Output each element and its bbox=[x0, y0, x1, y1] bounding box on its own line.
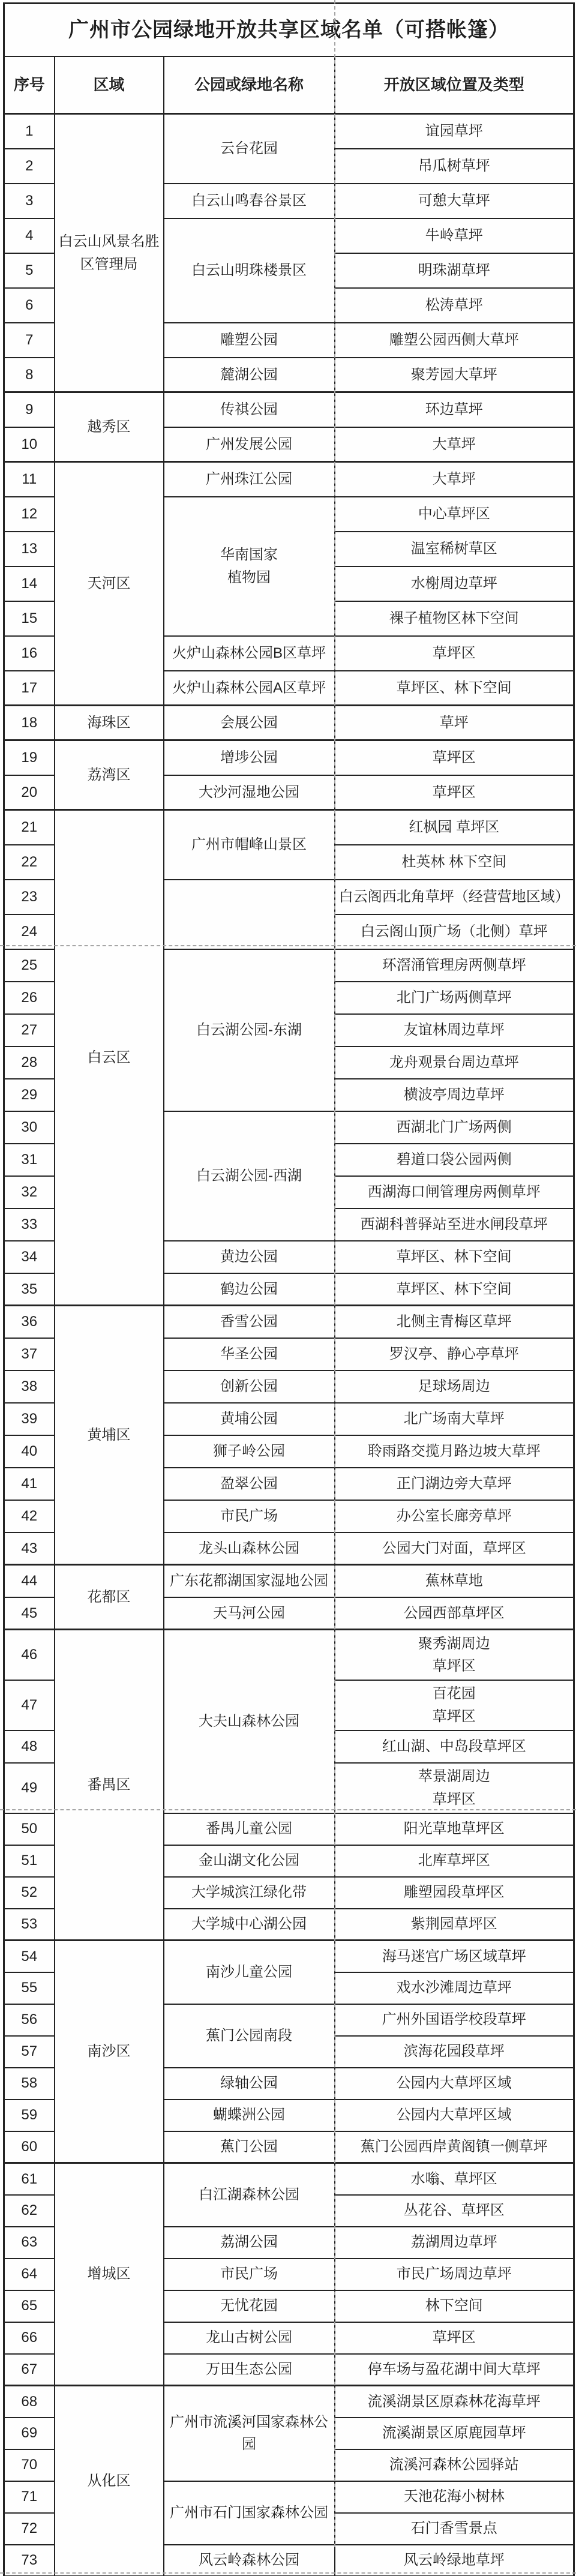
row-number-cell: 13 bbox=[4, 532, 55, 566]
location-cell: 碧道口袋公园两侧 bbox=[335, 1144, 574, 1176]
park-cell: 麓湖公园 bbox=[164, 358, 335, 392]
location-cell: 流溪湖景区原鹿园草坪 bbox=[335, 2418, 574, 2449]
location-cell: 聆雨路交揽月路边坡大草坪 bbox=[335, 1435, 574, 1468]
park-cell: 天马河公园 bbox=[164, 1597, 335, 1630]
row-number-cell: 40 bbox=[4, 1435, 55, 1468]
page-break-line-3 bbox=[0, 2572, 576, 2574]
location-cell: 蕉林草地 bbox=[335, 1565, 574, 1597]
location-cell: 百花园 草坪区 bbox=[335, 1680, 574, 1731]
location-cell: 阳光草地草坪区 bbox=[335, 1813, 574, 1845]
district-cell: 海珠区 bbox=[55, 706, 164, 740]
row-number-cell: 11 bbox=[4, 462, 55, 497]
table-row: 54南沙区南沙儿童公园海马迷宫广场区域草坪 bbox=[4, 1941, 574, 1972]
row-number-cell: 37 bbox=[4, 1338, 55, 1371]
row-number-cell: 43 bbox=[4, 1533, 55, 1565]
park-cell: 市民广场 bbox=[164, 2259, 335, 2290]
row-number-cell: 3 bbox=[4, 184, 55, 218]
column-header-index: 序号 bbox=[4, 56, 55, 114]
location-cell: 草坪区 bbox=[335, 2322, 574, 2354]
location-cell: 白云阁西北角草坪（经营营地区域） bbox=[335, 880, 574, 914]
row-number-cell: 7 bbox=[4, 323, 55, 358]
row-number-cell: 73 bbox=[4, 2545, 55, 2576]
park-cell: 香雪公园 bbox=[164, 1306, 335, 1338]
location-cell: 广州外国语学校段草坪 bbox=[335, 2004, 574, 2036]
park-cell: 广州市石门国家森林公园 bbox=[164, 2481, 335, 2545]
row-number-cell: 4 bbox=[4, 218, 55, 253]
table-row: 44花都区广东花都湖国家湿地公园蕉林草地 bbox=[4, 1565, 574, 1597]
park-cell: 无忧花园 bbox=[164, 2290, 335, 2322]
park-cell: 广州市帽峰山景区 bbox=[164, 810, 335, 880]
district-cell: 荔湾区 bbox=[55, 740, 164, 810]
row-number-cell: 24 bbox=[4, 914, 55, 949]
location-cell: 聚秀湖周边 草坪区 bbox=[335, 1630, 574, 1680]
row-number-cell: 21 bbox=[4, 810, 55, 845]
park-cell: 广州珠江公园 bbox=[164, 462, 335, 497]
district-cell: 番禺区 bbox=[55, 1630, 164, 1941]
location-cell: 草坪 bbox=[335, 706, 574, 740]
page-break-line-1 bbox=[0, 945, 576, 946]
page-break-vertical-line bbox=[334, 0, 335, 2547]
park-cell: 蕉门公园南段 bbox=[164, 2004, 335, 2068]
park-cell: 龙山古树公园 bbox=[164, 2322, 335, 2354]
district-cell: 天河区 bbox=[55, 462, 164, 706]
park-cell: 华南国家 植物园 bbox=[164, 497, 335, 636]
row-number-cell: 47 bbox=[4, 1680, 55, 1731]
park-cell: 绿轴公园 bbox=[164, 2068, 335, 2100]
table-row: 36黄埔区香雪公园北侧主青梅区草坪 bbox=[4, 1306, 574, 1338]
park-cell: 万田生态公园 bbox=[164, 2354, 335, 2386]
row-number-cell: 59 bbox=[4, 2100, 55, 2131]
table-body: 1白云山风景名胜区管理局云台花园谊园草坪2吊瓜树草坪3白云山鸣春谷景区可憩大草坪… bbox=[4, 114, 574, 2576]
district-cell: 花都区 bbox=[55, 1565, 164, 1630]
row-number-cell: 34 bbox=[4, 1241, 55, 1273]
park-cell: 狮子岭公园 bbox=[164, 1435, 335, 1468]
park-cell: 大学城滨江绿化带 bbox=[164, 1877, 335, 1909]
park-cell: 广州发展公园 bbox=[164, 427, 335, 462]
park-cell: 番禺儿童公园 bbox=[164, 1813, 335, 1845]
location-cell: 紫荆园草坪区 bbox=[335, 1909, 574, 1941]
park-cell: 黄埔公园 bbox=[164, 1403, 335, 1435]
row-number-cell: 72 bbox=[4, 2513, 55, 2545]
location-cell: 杜英林 林下空间 bbox=[335, 845, 574, 880]
location-cell: 足球场周边 bbox=[335, 1371, 574, 1403]
location-cell: 水榭周边草坪 bbox=[335, 566, 574, 601]
location-cell: 雕塑园段草坪区 bbox=[335, 1877, 574, 1909]
district-cell: 从化区 bbox=[55, 2386, 164, 2576]
location-cell: 蕉门公园西岸黄阁镇一侧草坪 bbox=[335, 2131, 574, 2163]
row-number-cell: 38 bbox=[4, 1371, 55, 1403]
location-cell: 草坪区、林下空间 bbox=[335, 671, 574, 706]
row-number-cell: 53 bbox=[4, 1909, 55, 1941]
location-cell: 流溪河森林公园驿站 bbox=[335, 2449, 574, 2481]
row-number-cell: 66 bbox=[4, 2322, 55, 2354]
table-row: 9越秀区传祺公园环边草坪 bbox=[4, 392, 574, 427]
park-cell: 会展公园 bbox=[164, 706, 335, 740]
location-cell: 滨海花园段草坪 bbox=[335, 2036, 574, 2068]
location-cell: 办公室长廊旁草坪 bbox=[335, 1500, 574, 1533]
location-cell: 北库草坪区 bbox=[335, 1845, 574, 1877]
location-cell: 戏水沙滩周边草坪 bbox=[335, 1972, 574, 2004]
location-cell: 吊瓜树草坪 bbox=[335, 149, 574, 184]
park-cell: 火炉山森林公园B区草坪 bbox=[164, 636, 335, 671]
row-number-cell: 1 bbox=[4, 114, 55, 149]
district-cell: 南沙区 bbox=[55, 1941, 164, 2163]
table-row: 11天河区广州珠江公园大草坪 bbox=[4, 462, 574, 497]
location-cell: 谊园草坪 bbox=[335, 114, 574, 149]
location-cell: 丛花谷、草坪区 bbox=[335, 2195, 574, 2227]
location-cell: 北门广场两侧草坪 bbox=[335, 982, 574, 1014]
location-cell: 横波亭周边草坪 bbox=[335, 1079, 574, 1111]
park-cell: 白云山明珠楼景区 bbox=[164, 218, 335, 323]
row-number-cell: 5 bbox=[4, 253, 55, 288]
row-number-cell: 35 bbox=[4, 1273, 55, 1306]
park-cell: 白云山鸣春谷景区 bbox=[164, 184, 335, 218]
location-cell: 罗汉亭、静心亭草坪 bbox=[335, 1338, 574, 1371]
park-cell: 白江湖森林公园 bbox=[164, 2163, 335, 2227]
location-cell: 草坪区 bbox=[335, 740, 574, 775]
district-cell: 增城区 bbox=[55, 2163, 164, 2386]
location-cell: 雕塑公园西侧大草坪 bbox=[335, 323, 574, 358]
location-cell: 红山湖、中岛段草坪区 bbox=[335, 1731, 574, 1763]
location-cell: 龙舟观景台周边草坪 bbox=[335, 1046, 574, 1079]
location-cell: 环边草坪 bbox=[335, 392, 574, 427]
location-cell: 明珠湖草坪 bbox=[335, 253, 574, 288]
column-header-district: 区域 bbox=[55, 56, 164, 114]
location-cell: 西湖北门广场两侧 bbox=[335, 1111, 574, 1144]
location-cell: 牛岭草坪 bbox=[335, 218, 574, 253]
location-cell: 大草坪 bbox=[335, 462, 574, 497]
park-cell: 广东花都湖国家湿地公园 bbox=[164, 1565, 335, 1597]
park-cell: 龙头山森林公园 bbox=[164, 1533, 335, 1565]
row-number-cell: 39 bbox=[4, 1403, 55, 1435]
park-cell: 火炉山森林公园A区草坪 bbox=[164, 671, 335, 706]
column-header-location: 开放区域位置及类型 bbox=[335, 56, 574, 114]
park-cell: 大沙河湿地公园 bbox=[164, 775, 335, 810]
location-cell: 环滘涌管理房两侧草坪 bbox=[335, 949, 574, 982]
row-number-cell: 50 bbox=[4, 1813, 55, 1845]
title-row: 广州市公园绿地开放共享区域名单（可搭帐篷） bbox=[4, 4, 574, 57]
park-cell: 传祺公园 bbox=[164, 392, 335, 427]
location-cell: 松涛草坪 bbox=[335, 288, 574, 323]
row-number-cell: 10 bbox=[4, 427, 55, 462]
location-cell: 可憩大草坪 bbox=[335, 184, 574, 218]
row-number-cell: 22 bbox=[4, 845, 55, 880]
location-cell: 海马迷宫广场区域草坪 bbox=[335, 1941, 574, 1972]
park-cell: 黄边公园 bbox=[164, 1241, 335, 1273]
park-cell: 鹤边公园 bbox=[164, 1273, 335, 1306]
row-number-cell: 42 bbox=[4, 1500, 55, 1533]
row-number-cell: 6 bbox=[4, 288, 55, 323]
park-cell: 白云湖公园-西湖 bbox=[164, 1111, 335, 1241]
row-number-cell: 26 bbox=[4, 982, 55, 1014]
row-number-cell: 64 bbox=[4, 2259, 55, 2290]
row-number-cell: 2 bbox=[4, 149, 55, 184]
row-number-cell: 61 bbox=[4, 2163, 55, 2195]
park-cell: 广州市流溪河国家森林公园 bbox=[164, 2386, 335, 2481]
row-number-cell: 25 bbox=[4, 949, 55, 982]
row-number-cell: 23 bbox=[4, 880, 55, 914]
parks-table: 广州市公园绿地开放共享区域名单（可搭帐篷） 序号 区域 公园或绿地名称 开放区域… bbox=[3, 2, 575, 2576]
location-cell: 大草坪 bbox=[335, 427, 574, 462]
row-number-cell: 16 bbox=[4, 636, 55, 671]
row-number-cell: 65 bbox=[4, 2290, 55, 2322]
park-cell: 荔湖公园 bbox=[164, 2227, 335, 2259]
location-cell: 公园大门对面，草坪区 bbox=[335, 1533, 574, 1565]
row-number-cell: 45 bbox=[4, 1597, 55, 1630]
location-cell: 草坪区 bbox=[335, 775, 574, 810]
row-number-cell: 54 bbox=[4, 1941, 55, 1972]
table-row: 18海珠区会展公园草坪 bbox=[4, 706, 574, 740]
district-cell: 白云区 bbox=[55, 810, 164, 1306]
location-cell: 草坪区、林下空间 bbox=[335, 1241, 574, 1273]
location-cell: 流溪湖景区原森林花海草坪 bbox=[335, 2386, 574, 2418]
row-number-cell: 30 bbox=[4, 1111, 55, 1144]
row-number-cell: 60 bbox=[4, 2131, 55, 2163]
table-row: 46番禺区大夫山森林公园聚秀湖周边 草坪区 bbox=[4, 1630, 574, 1680]
park-cell: 华圣公园 bbox=[164, 1338, 335, 1371]
row-number-cell: 12 bbox=[4, 497, 55, 532]
row-number-cell: 18 bbox=[4, 706, 55, 740]
table-row: 1白云山风景名胜区管理局云台花园谊园草坪 bbox=[4, 114, 574, 149]
table-row: 21白云区广州市帽峰山景区红枫园 草坪区 bbox=[4, 810, 574, 845]
location-cell: 西湖海口闸管理房两侧草坪 bbox=[335, 1176, 574, 1208]
district-cell: 黄埔区 bbox=[55, 1306, 164, 1565]
column-header-park: 公园或绿地名称 bbox=[164, 56, 335, 114]
location-cell: 北广场南大草坪 bbox=[335, 1403, 574, 1435]
table-row: 61增城区白江湖森林公园水嗡、草坪区 bbox=[4, 2163, 574, 2195]
row-number-cell: 14 bbox=[4, 566, 55, 601]
park-cell: 增埗公园 bbox=[164, 740, 335, 775]
row-number-cell: 28 bbox=[4, 1046, 55, 1079]
row-number-cell: 31 bbox=[4, 1144, 55, 1176]
row-number-cell: 27 bbox=[4, 1014, 55, 1046]
park-cell: 南沙儿童公园 bbox=[164, 1941, 335, 2004]
row-number-cell: 36 bbox=[4, 1306, 55, 1338]
row-number-cell: 32 bbox=[4, 1176, 55, 1208]
park-cell: 雕塑公园 bbox=[164, 323, 335, 358]
row-number-cell: 29 bbox=[4, 1079, 55, 1111]
row-number-cell: 48 bbox=[4, 1731, 55, 1763]
location-cell: 市民广场周边草坪 bbox=[335, 2259, 574, 2290]
page-break-line-2 bbox=[0, 1809, 576, 1810]
location-cell: 聚芳园大草坪 bbox=[335, 358, 574, 392]
row-number-cell: 71 bbox=[4, 2481, 55, 2513]
park-cell: 大夫山森林公园 bbox=[164, 1630, 335, 1813]
row-number-cell: 58 bbox=[4, 2068, 55, 2100]
row-number-cell: 33 bbox=[4, 1208, 55, 1241]
location-cell: 友谊林周边草坪 bbox=[335, 1014, 574, 1046]
row-number-cell: 56 bbox=[4, 2004, 55, 2036]
location-cell: 正门湖边旁大草坪 bbox=[335, 1468, 574, 1500]
row-number-cell: 57 bbox=[4, 2036, 55, 2068]
location-cell: 水嗡、草坪区 bbox=[335, 2163, 574, 2195]
location-cell: 天池花海小树林 bbox=[335, 2481, 574, 2513]
location-cell: 停车场与盈花湖中间大草坪 bbox=[335, 2354, 574, 2386]
location-cell: 红枫园 草坪区 bbox=[335, 810, 574, 845]
row-number-cell: 46 bbox=[4, 1630, 55, 1680]
location-cell: 西湖科普驿站至进水闸段草坪 bbox=[335, 1208, 574, 1241]
row-number-cell: 15 bbox=[4, 601, 55, 636]
row-number-cell: 8 bbox=[4, 358, 55, 392]
park-cell: 创新公园 bbox=[164, 1371, 335, 1403]
location-cell: 风云岭绿地草坪 bbox=[335, 2545, 574, 2576]
row-number-cell: 55 bbox=[4, 1972, 55, 2004]
row-number-cell: 68 bbox=[4, 2386, 55, 2418]
district-cell: 白云山风景名胜区管理局 bbox=[55, 114, 164, 392]
park-cell: 风云岭森林公园 bbox=[164, 2545, 335, 2576]
row-number-cell: 51 bbox=[4, 1845, 55, 1877]
location-cell: 裸子植物区林下空间 bbox=[335, 601, 574, 636]
location-cell: 石门香雪景点 bbox=[335, 2513, 574, 2545]
table-row: 19荔湾区增埗公园草坪区 bbox=[4, 740, 574, 775]
row-number-cell: 44 bbox=[4, 1565, 55, 1597]
table-row: 68从化区广州市流溪河国家森林公园流溪湖景区原森林花海草坪 bbox=[4, 2386, 574, 2418]
page: 广州市公园绿地开放共享区域名单（可搭帐篷） 序号 区域 公园或绿地名称 开放区域… bbox=[0, 0, 576, 2576]
location-cell: 公园内大草坪区域 bbox=[335, 2068, 574, 2100]
location-cell: 白云阁山顶广场（北侧）草坪 bbox=[335, 914, 574, 949]
location-cell: 中心草坪区 bbox=[335, 497, 574, 532]
park-cell: 盈翠公园 bbox=[164, 1468, 335, 1500]
location-cell: 北侧主青梅区草坪 bbox=[335, 1306, 574, 1338]
park-cell: 白云湖公园-东湖 bbox=[164, 949, 335, 1111]
location-cell: 草坪区、林下空间 bbox=[335, 1273, 574, 1306]
location-cell: 公园内大草坪区域 bbox=[335, 2100, 574, 2131]
row-number-cell: 69 bbox=[4, 2418, 55, 2449]
header-row: 序号 区域 公园或绿地名称 开放区域位置及类型 bbox=[4, 56, 574, 114]
row-number-cell: 20 bbox=[4, 775, 55, 810]
row-number-cell: 19 bbox=[4, 740, 55, 775]
park-cell bbox=[164, 880, 335, 949]
location-cell: 萃景湖周边 草坪区 bbox=[335, 1763, 574, 1813]
park-cell: 蝴蝶洲公园 bbox=[164, 2100, 335, 2131]
location-cell: 草坪区 bbox=[335, 636, 574, 671]
page-title: 广州市公园绿地开放共享区域名单（可搭帐篷） bbox=[4, 4, 574, 57]
location-cell: 荔湖周边草坪 bbox=[335, 2227, 574, 2259]
row-number-cell: 67 bbox=[4, 2354, 55, 2386]
row-number-cell: 41 bbox=[4, 1468, 55, 1500]
park-cell: 市民广场 bbox=[164, 1500, 335, 1533]
park-cell: 蕉门公园 bbox=[164, 2131, 335, 2163]
location-cell: 温室稀树草区 bbox=[335, 532, 574, 566]
row-number-cell: 9 bbox=[4, 392, 55, 427]
location-cell: 林下空间 bbox=[335, 2290, 574, 2322]
row-number-cell: 49 bbox=[4, 1763, 55, 1813]
row-number-cell: 17 bbox=[4, 671, 55, 706]
park-cell: 大学城中心湖公园 bbox=[164, 1909, 335, 1941]
row-number-cell: 63 bbox=[4, 2227, 55, 2259]
park-cell: 金山湖文化公园 bbox=[164, 1845, 335, 1877]
row-number-cell: 52 bbox=[4, 1877, 55, 1909]
park-cell: 云台花园 bbox=[164, 114, 335, 184]
row-number-cell: 62 bbox=[4, 2195, 55, 2227]
district-cell: 越秀区 bbox=[55, 392, 164, 462]
location-cell: 公园西部草坪区 bbox=[335, 1597, 574, 1630]
row-number-cell: 70 bbox=[4, 2449, 55, 2481]
